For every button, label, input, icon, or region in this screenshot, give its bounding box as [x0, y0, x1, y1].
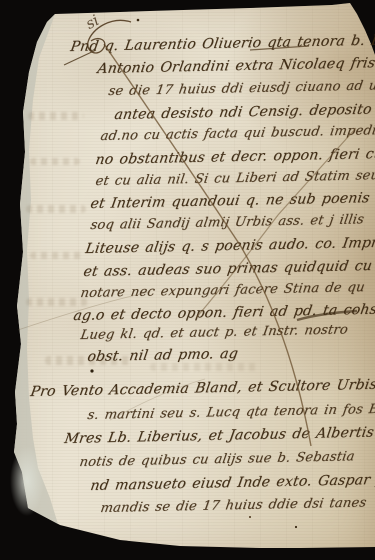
opening-flourish [88, 20, 131, 53]
cancellation-stroke-1 [104, 44, 311, 446]
opening-flourish-tail [64, 50, 96, 65]
word-strike [297, 311, 357, 320]
crease-line [110, 379, 205, 420]
ink-dot [137, 19, 140, 22]
ink-dot [249, 516, 251, 518]
crease-line [18, 292, 150, 330]
manuscript-scan: si Pnd q. Laurentio Oliuerio qta tenora … [0, 0, 375, 560]
ink-dot [295, 526, 297, 528]
ink-dot [90, 369, 93, 372]
word-strike [250, 46, 309, 50]
ink-strokes-overlay [0, 0, 375, 560]
cancellation-stroke-2 [196, 128, 356, 318]
